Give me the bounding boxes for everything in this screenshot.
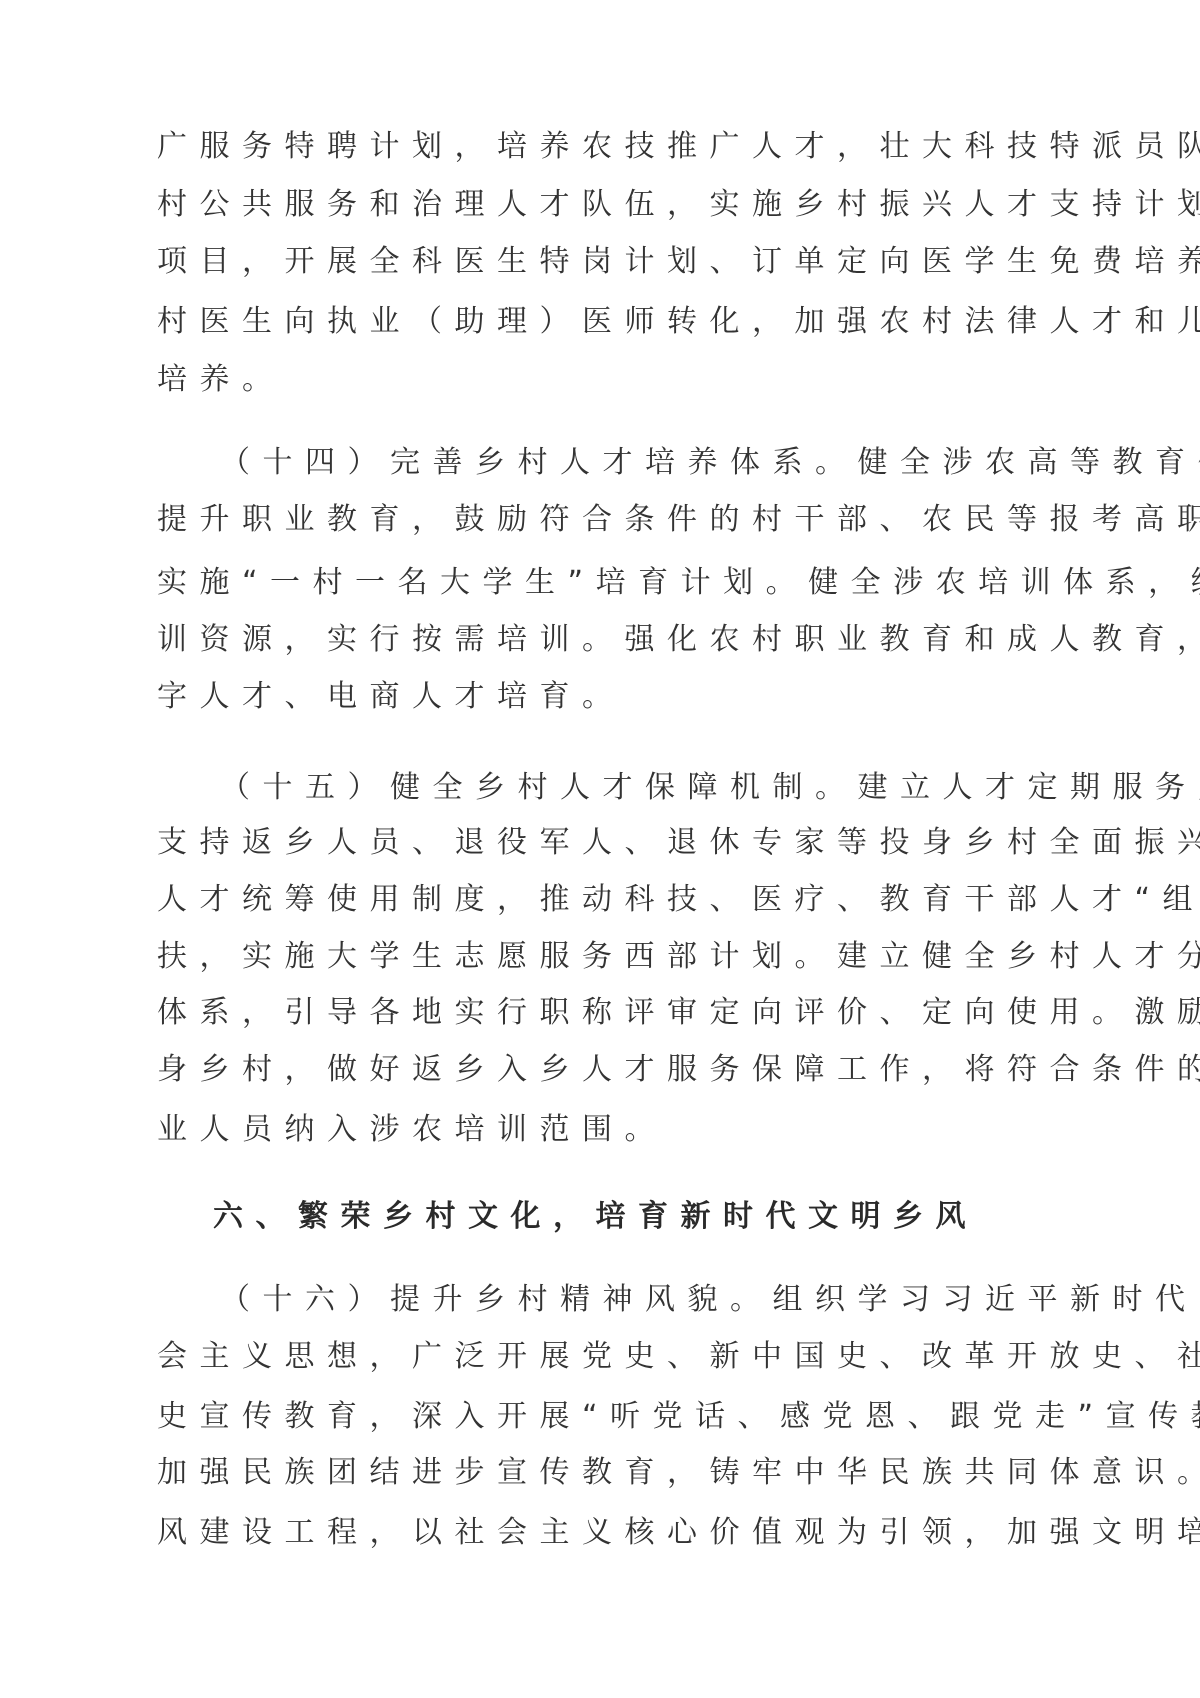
text-line: 培养。 [157,360,285,400]
text-line: （十四）完善乡村人才培养体系。健全涉农高等教育体系，优化 [220,443,1200,483]
text-line: 字人才、电商人才培育。 [157,677,625,717]
text-line: （十六）提升乡村精神风貌。组织学习习近平新时代中国特色社 [220,1280,1200,1320]
text-line: 训资源，实行按需培训。强化农村职业教育和成人教育，加强农村数 [157,620,1200,660]
text-line: 村公共服务和治理人才队伍，实施乡村振兴人才支持计划和人才支撑 [157,185,1200,225]
text-line: 史宣传教育，深入开展“听党话、感党恩、跟党走”宣传教育活动。 [157,1397,1200,1437]
text-line: 业人员纳入涉农培训范围。 [157,1110,667,1150]
text-line: 体系，引导各地实行职称评审定向评价、定向使用。激励各类人才投 [157,993,1200,1033]
text-line: 项目，开展全科医生特岗计划、订单定向医学生免费培养等，推动乡 [157,242,1200,282]
text-line: 广服务特聘计划，培养农技推广人才，壮大科技特派员队伍。建设乡 [157,127,1200,167]
text-line: 风建设工程，以社会主义核心价值观为引领，加强文明培育、文明实 [157,1513,1200,1553]
document-page: 广服务特聘计划，培养农技推广人才，壮大科技特派员队伍。建设乡 村公共服务和治理人… [0,0,1200,1698]
text-line: 实施“一村一名大学生”培育计划。健全涉农培训体系，统筹各类培 [157,563,1200,603]
text-line: （十五）健全乡村人才保障机制。建立人才定期服务乡村制度， [220,768,1200,808]
text-line: 扶，实施大学生志愿服务西部计划。建立健全乡村人才分级分类评价 [157,937,1200,977]
section-heading: 六、繁荣乡村文化，培育新时代文明乡风 [213,1197,978,1237]
text-line: 提升职业教育，鼓励符合条件的村干部、农民等报考高职院校，继续 [157,500,1200,540]
text-line: 加强民族团结进步宣传教育，铸牢中华民族共同体意识。实施文明乡 [157,1453,1200,1493]
text-line: 支持返乡人员、退役军人、退休专家等投身乡村全面振兴，健全县域 [157,823,1200,863]
text-line: 人才统筹使用制度，推动科技、医疗、教育干部人才“组团式”帮 [157,880,1200,920]
text-line: 村医生向执业（助理）医师转化，加强农村法律人才和儿童服务人才 [157,302,1200,342]
text-line: 身乡村，做好返乡入乡人才服务保障工作，将符合条件的返乡创业就 [157,1050,1200,1090]
text-line: 会主义思想，广泛开展党史、新中国史、改革开放史、社会主义发展 [157,1337,1200,1377]
